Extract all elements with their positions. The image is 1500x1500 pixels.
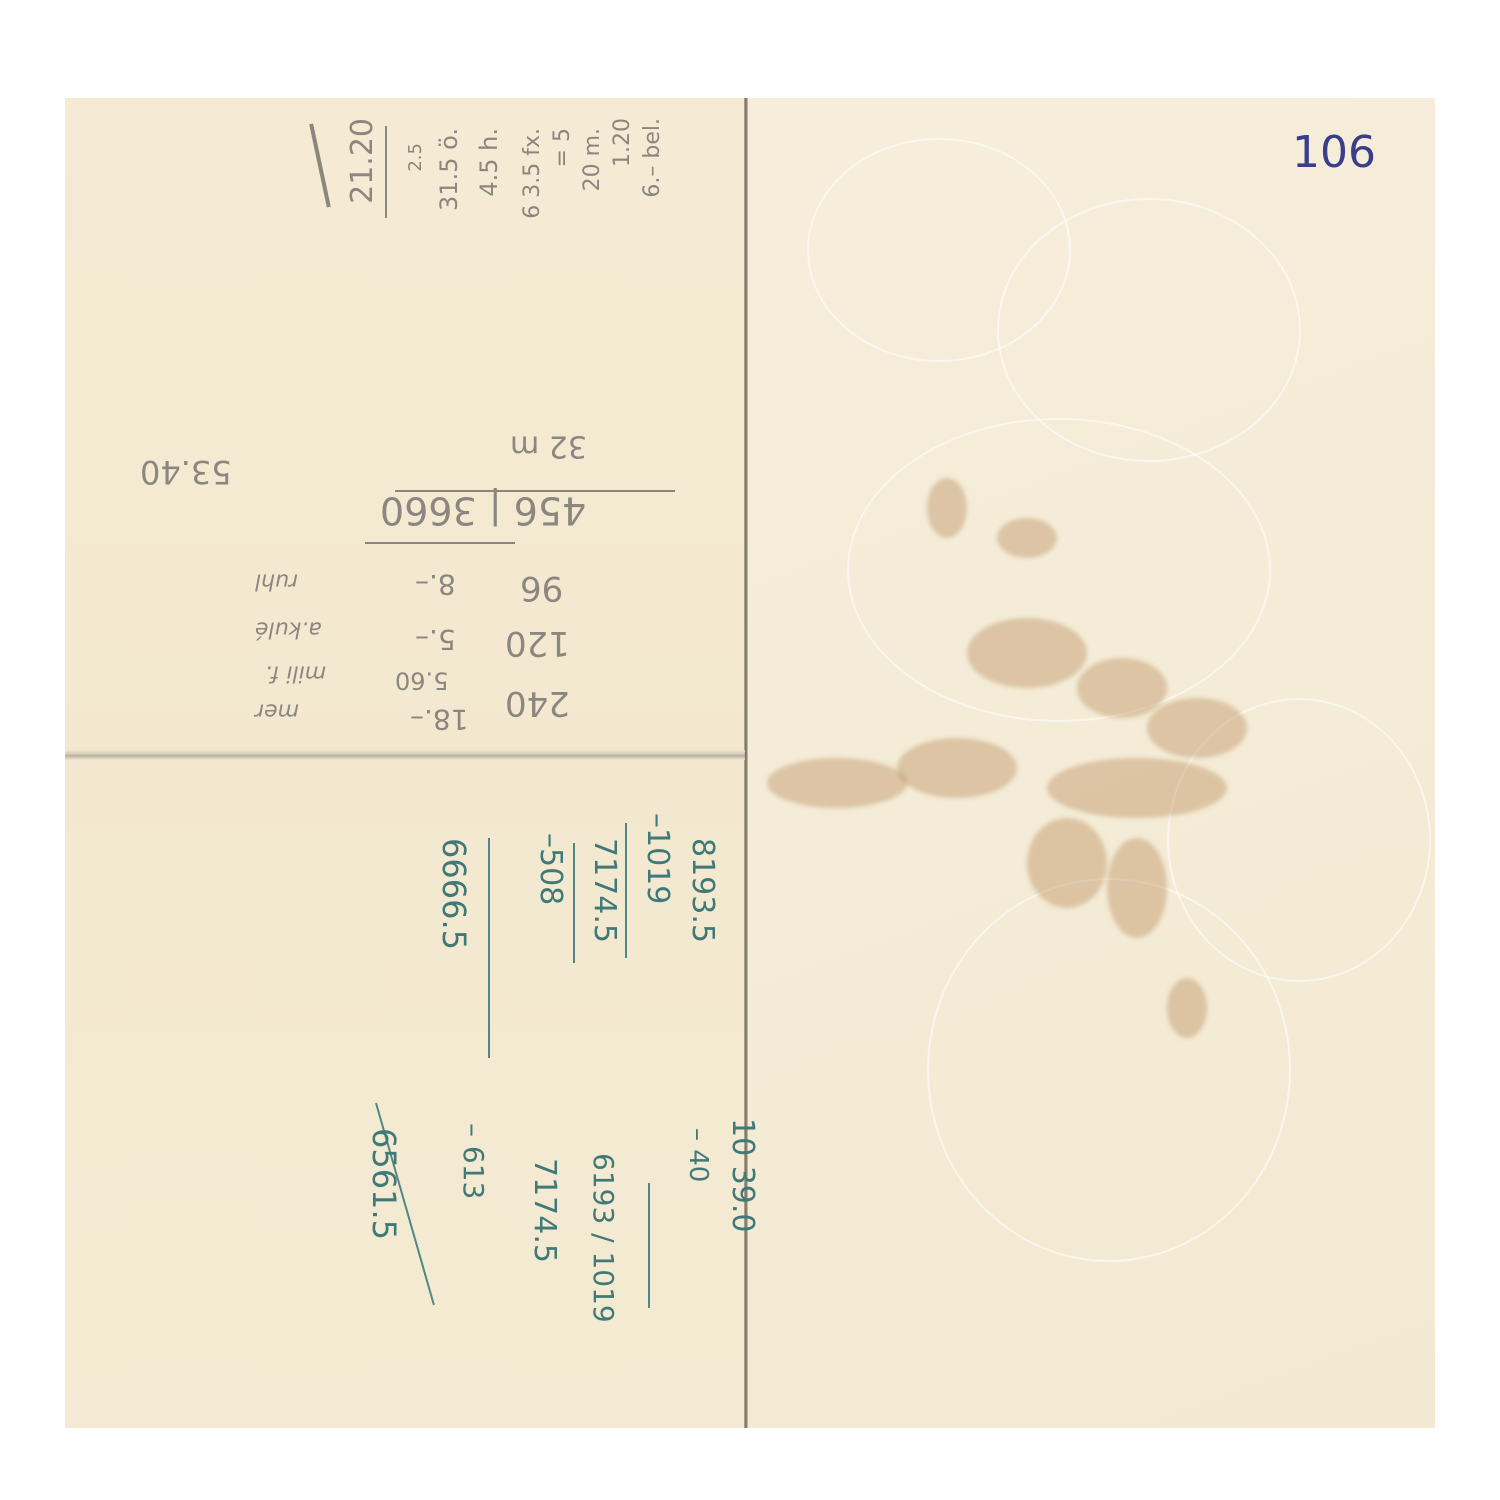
stain — [1047, 758, 1227, 818]
green-line: –1019 — [640, 813, 675, 904]
row-left-value: 240 — [505, 683, 570, 722]
division-label: 32 m — [510, 428, 587, 463]
green-line: 10 39.0 — [725, 1118, 760, 1233]
row-amount: 18.– — [410, 703, 469, 735]
division-rule — [365, 542, 515, 544]
row-amount: 5.60 — [395, 666, 448, 694]
green-line: 6561.5 — [365, 1128, 403, 1240]
green-line: 8193.5 — [685, 838, 720, 943]
green-line: –508 — [533, 833, 568, 905]
stain — [967, 618, 1087, 688]
sum-rule — [573, 843, 575, 963]
pencil-line: 6 3.5 fx. — [520, 128, 545, 219]
pencil-line: 20 m. — [580, 128, 605, 191]
pencil-line: 6.– bel. — [640, 118, 665, 198]
green-line: – 40 — [683, 1128, 713, 1182]
pencil-total: 21.20 — [345, 118, 380, 204]
row-amount: 5.– — [415, 623, 456, 655]
row-amount: 8.– — [415, 568, 456, 600]
pencil-line: 31.5 ö. — [435, 128, 463, 211]
stain — [767, 758, 907, 808]
stain — [1077, 658, 1167, 718]
row-note: ruhl — [255, 568, 298, 593]
horizontal-fold — [65, 750, 745, 760]
row-left-value: 96 — [520, 568, 563, 607]
stain — [1167, 978, 1207, 1038]
page-number: 106 — [1292, 128, 1376, 179]
green-line: 7174.5 — [587, 838, 622, 943]
green-line: 6666.5 — [435, 838, 473, 950]
pencil-line: = 5 — [550, 128, 575, 167]
stain — [997, 518, 1057, 558]
row-note: a.kulé — [255, 616, 322, 641]
right-panel: 106 — [747, 98, 1435, 1428]
sum-rule — [648, 1183, 650, 1308]
sum-rule — [625, 823, 627, 958]
row-note: mili f. — [265, 660, 326, 685]
stain — [927, 478, 967, 538]
stain — [897, 738, 1017, 798]
division-rule — [395, 490, 675, 492]
green-line: 6193 / 1019 — [587, 1153, 620, 1323]
pencil-line: 2.5 — [405, 143, 426, 172]
green-line: – 613 — [457, 1123, 490, 1199]
sum-rule — [488, 838, 490, 1058]
pencil-line: 4.5 h. — [475, 128, 503, 197]
row-note: mer — [255, 698, 299, 723]
stain — [1147, 698, 1247, 758]
stain — [1027, 818, 1107, 908]
side-total: 53.40 — [140, 453, 232, 490]
folded-card: 106 6.– bel. 1.20 20 m. = 5 6 3.5 fx. 4.… — [65, 98, 1435, 1428]
division: 456 | 3660 — [380, 488, 586, 532]
left-panel — [65, 98, 745, 1428]
pencil-line: 1.20 — [610, 118, 635, 167]
underline — [385, 126, 387, 218]
green-line: 7174.5 — [527, 1158, 562, 1263]
row-left-value: 120 — [505, 623, 570, 662]
stain — [1107, 838, 1167, 938]
